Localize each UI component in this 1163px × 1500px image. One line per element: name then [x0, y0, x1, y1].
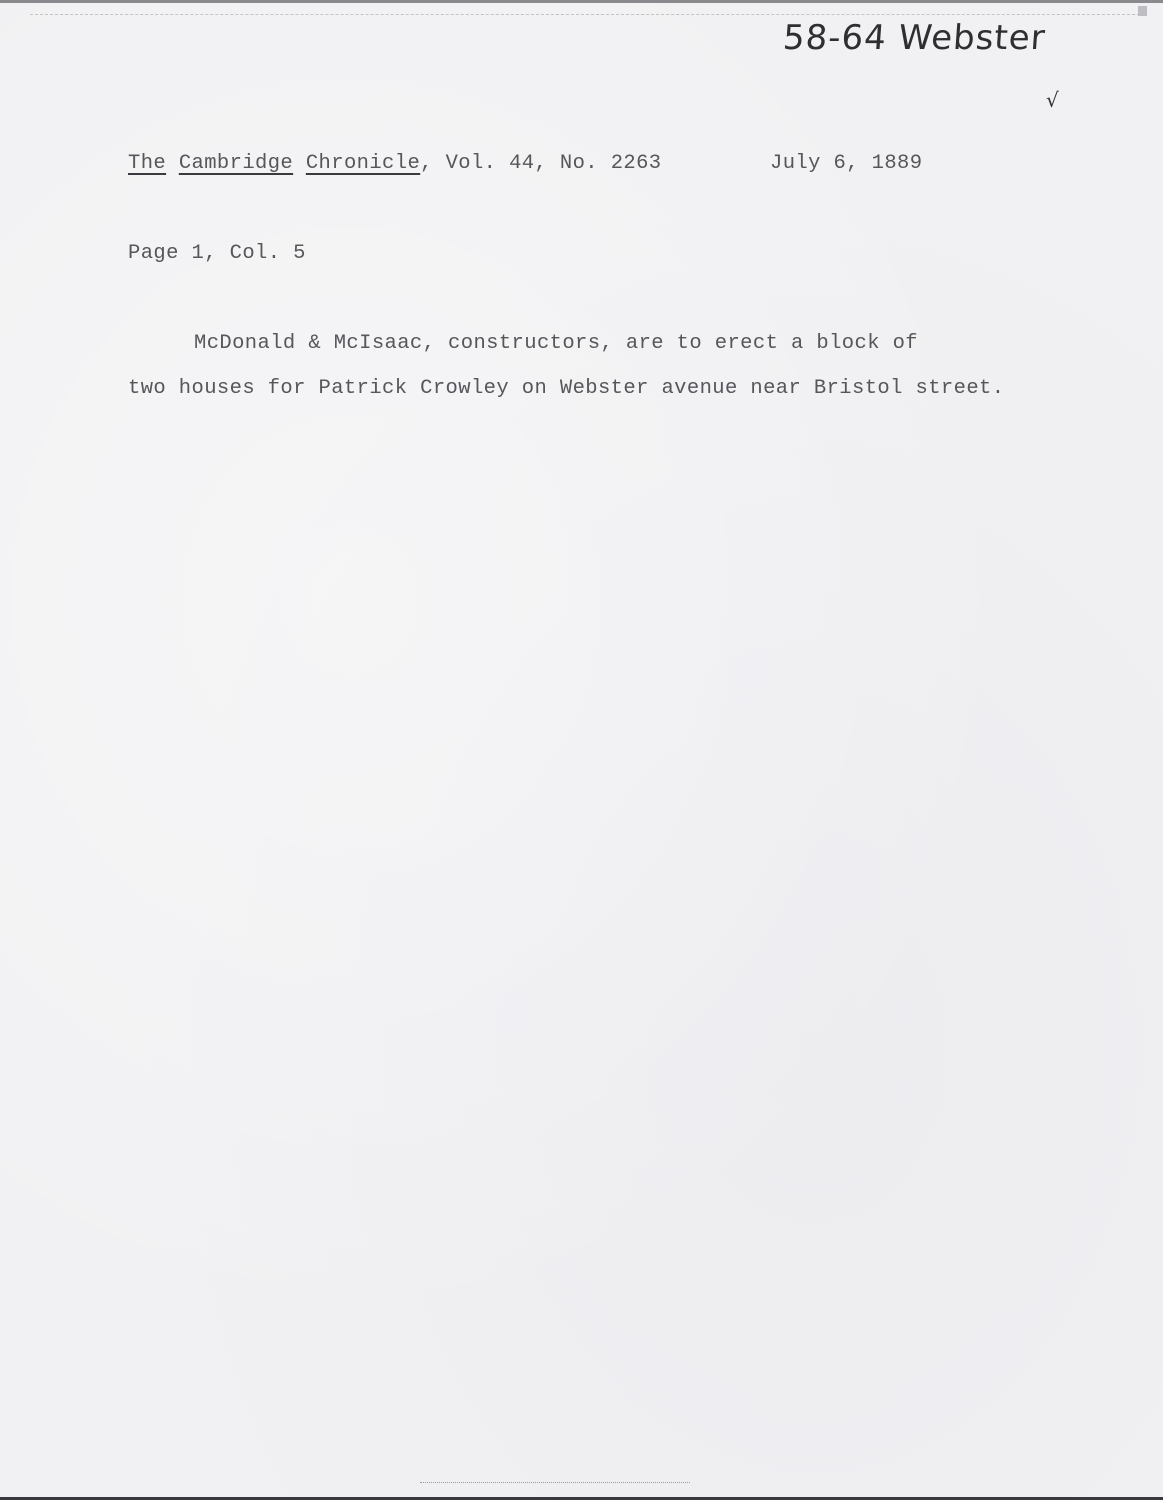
page-column-reference: Page 1, Col. 5	[128, 242, 306, 265]
scan-top-rule	[30, 14, 1140, 16]
body-text-line-2: two houses for Patrick Crowley on Webste…	[128, 377, 1004, 400]
body-text-line-1: McDonald & McIsaac, constructors, are to…	[194, 332, 918, 355]
handwritten-address-note: 58-64 Webster	[782, 18, 1047, 58]
publication-title-cambridge: Cambridge	[179, 152, 293, 175]
corner-mark	[1138, 6, 1147, 16]
scan-bottom-smudge	[420, 1482, 690, 1484]
check-mark-icon: √	[1046, 88, 1059, 112]
publication-title-chronicle: Chronicle	[306, 152, 420, 175]
publication-title-the: The	[128, 152, 166, 175]
citation-line: The Cambridge Chronicle, Vol. 44, No. 22…	[128, 152, 662, 175]
scan-top-edge	[0, 0, 1163, 3]
volume-issue: , Vol. 44, No. 2263	[420, 152, 661, 175]
document-page: 58-64 Webster √ The Cambridge Chronicle,…	[0, 0, 1163, 1500]
publication-date: July 6, 1889	[770, 152, 922, 175]
